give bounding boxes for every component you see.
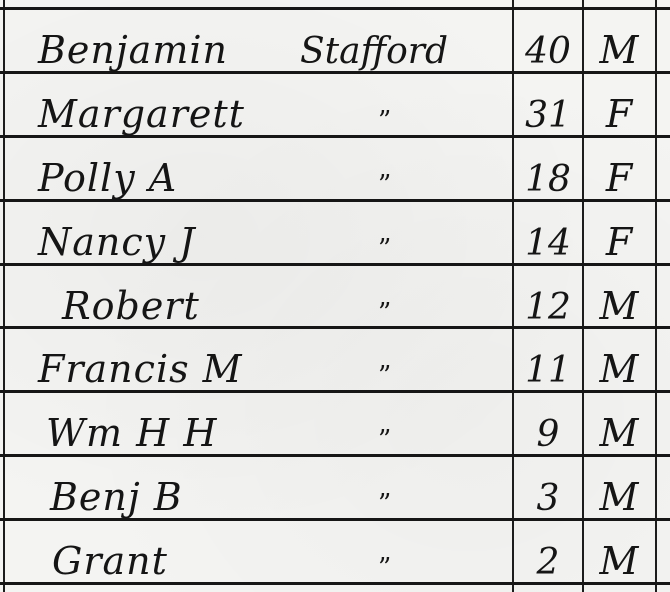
census-row: Margarett ” 31 F <box>0 72 670 136</box>
given-name: Grant <box>52 519 168 587</box>
ditto-mark: ” <box>378 72 393 138</box>
sex: M <box>583 264 655 334</box>
sex: M <box>583 455 655 525</box>
sex: M <box>583 327 655 397</box>
given-name: Margarett <box>38 72 245 140</box>
age: 31 <box>513 72 583 142</box>
surname: Stafford <box>300 8 448 80</box>
ditto-mark: ” <box>378 391 393 457</box>
sex: F <box>583 136 655 206</box>
census-row: Francis M ” 11 M <box>0 327 670 391</box>
census-row: Robert ” 12 M <box>0 264 670 328</box>
age: 14 <box>513 200 583 270</box>
sex: M <box>583 8 655 78</box>
age: 40 <box>513 8 583 78</box>
given-name: Wm H H <box>46 391 218 459</box>
sex: M <box>583 391 655 461</box>
given-name: Benj B <box>50 455 183 523</box>
ditto-mark: ” <box>378 136 393 202</box>
given-name: Francis M <box>38 327 243 395</box>
age: 9 <box>513 391 583 461</box>
sex: F <box>583 72 655 142</box>
ditto-mark: ” <box>378 327 393 393</box>
census-row: Polly A ” 18 F <box>0 136 670 200</box>
age: 2 <box>513 519 583 589</box>
given-name: Nancy J <box>38 200 195 268</box>
census-row: Nancy J ” 14 F <box>0 200 670 264</box>
ditto-mark: ” <box>378 519 393 585</box>
sex: F <box>583 200 655 270</box>
age: 11 <box>513 327 583 397</box>
age: 3 <box>513 455 583 525</box>
ditto-mark: ” <box>378 264 393 330</box>
census-row: Benjamin Stafford 40 M <box>0 8 670 72</box>
given-name: Robert <box>62 264 200 332</box>
census-row: Grant ” 2 M <box>0 519 670 583</box>
age: 12 <box>513 264 583 334</box>
age: 18 <box>513 136 583 206</box>
census-row: Benj B ” 3 M <box>0 455 670 519</box>
given-name: Benjamin <box>38 8 228 76</box>
sex: M <box>583 519 655 589</box>
ditto-mark: ” <box>378 455 393 521</box>
ditto-mark: ” <box>378 200 393 266</box>
census-row: Wm H H ” 9 M <box>0 391 670 455</box>
census-page: Benjamin Stafford 40 M Margarett ” 31 F … <box>0 0 670 592</box>
given-name: Polly A <box>38 136 177 204</box>
